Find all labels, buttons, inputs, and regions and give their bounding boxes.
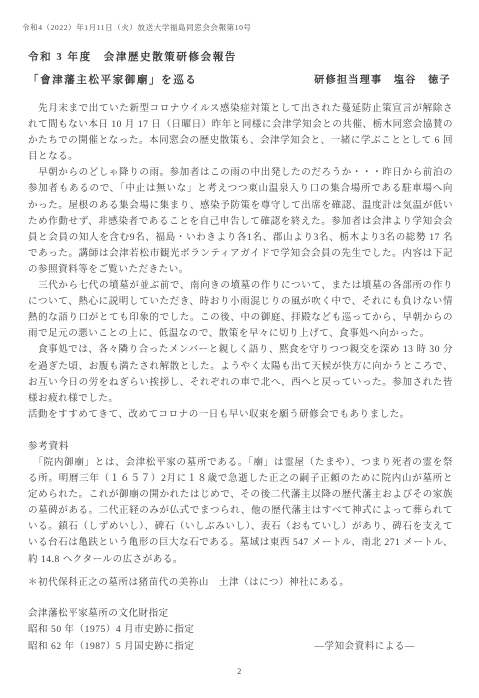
reference-note: ＊初代保科正之の墓所は猪苗代の美祢山 土津（はにつ）神社にある。 [28, 575, 453, 591]
report-title: 令和 3 年度 会津歴史散策研修会報告 [28, 49, 453, 64]
page-header: 令和4（2022）年1月11日（火）放送大学福島同窓会会報第10号 [22, 22, 453, 33]
report-body: 先月末まで出ていた新型コロナウイルス感染症対策として出された蔓延防止策宣言が解除… [28, 101, 453, 423]
title-block: 令和 3 年度 会津歴史散策研修会報告 「會津藩主松平家御廟」を巡る 研修担当理… [28, 49, 453, 87]
designation-title: 会津藩松平家墓所の文化財指定 [28, 606, 453, 622]
page-number: 2 [0, 667, 479, 676]
paragraph: 活動をすすめてきて、改めてコロナの一日も早い収束を願う研修会でもありました。 [28, 407, 453, 423]
reference-heading: 参考資料 [28, 439, 453, 455]
paragraph: 三代から七代の墳墓が並ぶ前で、南向きの墳墓の作りについて、または墳墓の各部所の作… [28, 278, 453, 342]
designation-item: 昭和 50 年（1975）4 月市史跡に指定 [28, 622, 453, 638]
document-page: 令和4（2022）年1月11日（火）放送大学福島同窓会会報第10号 令和 3 年… [0, 0, 479, 698]
paragraph: 早朝からのどしゃ降りの雨。参加者はこの雨の中出発したのだろうか・・・昨日から前泊… [28, 165, 453, 278]
paragraph: 食事処では、各々隣り合ったメンバーと親しく語り、黙食を守りつつ親交を深め 13 … [28, 342, 453, 406]
subtitle-row: 「會津藩主松平家御廟」を巡る 研修担当理事 塩谷 徳子 [28, 71, 453, 87]
report-subtitle: 「會津藩主松平家御廟」を巡る [28, 72, 197, 87]
reference-section: 参考資料 「院内御廟」とは、会津松平家の墓所である。「廟」は霊屋（たまや）、つま… [28, 439, 453, 655]
section-gap [28, 423, 453, 439]
reference-paragraph: 「院内御廟」とは、会津松平家の墓所である。「廟」は霊屋（たまや）、つまり死者の霊… [28, 455, 453, 568]
author-byline: 研修担当理事 塩谷 徳子 [314, 71, 453, 86]
source-attribution: ―学知会資料による― [314, 638, 453, 652]
designation-block: 会津藩松平家墓所の文化財指定 昭和 50 年（1975）4 月市史跡に指定 昭和… [28, 606, 453, 655]
paragraph: 先月末まで出ていた新型コロナウイルス感染症対策として出された蔓延防止策宣言が解除… [28, 101, 453, 165]
designation-item: 昭和 62 年（1987）5 月国史跡に指定 [28, 639, 194, 655]
designation-row: 昭和 62 年（1987）5 月国史跡に指定 ―学知会資料による― [28, 638, 453, 655]
